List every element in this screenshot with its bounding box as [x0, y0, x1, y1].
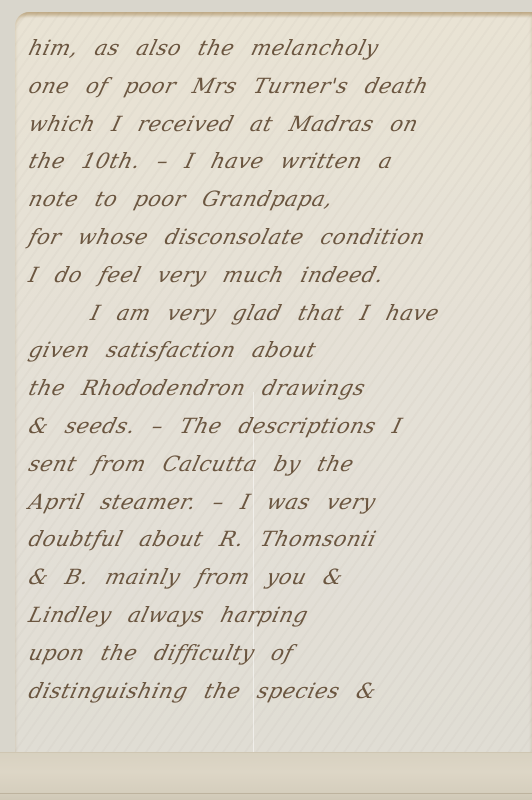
text-line: Lindley always harping	[24, 597, 532, 635]
text-line: sent from Calcutta by the	[24, 446, 532, 484]
text-line: April steamer. – I was very	[24, 484, 532, 522]
text-line: him, as also the melancholy	[24, 30, 532, 68]
text-line: given satisfaction about	[24, 332, 532, 370]
handwritten-text: him, as also the melancholy one of poor …	[29, 30, 529, 710]
text-line: note to poor Grandpapa,	[24, 181, 532, 219]
text-line: the Rhododendron drawings	[24, 370, 532, 408]
text-line: & B. mainly from you &	[24, 559, 532, 597]
text-line: upon the difficulty of	[24, 635, 532, 673]
text-line: one of poor Mrs Turner's death	[24, 68, 532, 106]
letter-page: him, as also the melancholy one of poor …	[15, 12, 532, 754]
text-line: distinguishing the species &	[24, 673, 532, 711]
text-line: doubtful about R. Thomsonii	[24, 521, 532, 559]
text-line: I do feel very much indeed.	[24, 257, 532, 295]
text-line: which I received at Madras on	[24, 106, 532, 144]
text-line: I am very glad that I have	[24, 295, 532, 333]
folded-paper-edge	[0, 752, 532, 800]
text-line: the 10th. – I have written a	[24, 143, 532, 181]
text-line: & seeds. – The descriptions I	[24, 408, 532, 446]
text-line: for whose disconsolate condition	[24, 219, 532, 257]
